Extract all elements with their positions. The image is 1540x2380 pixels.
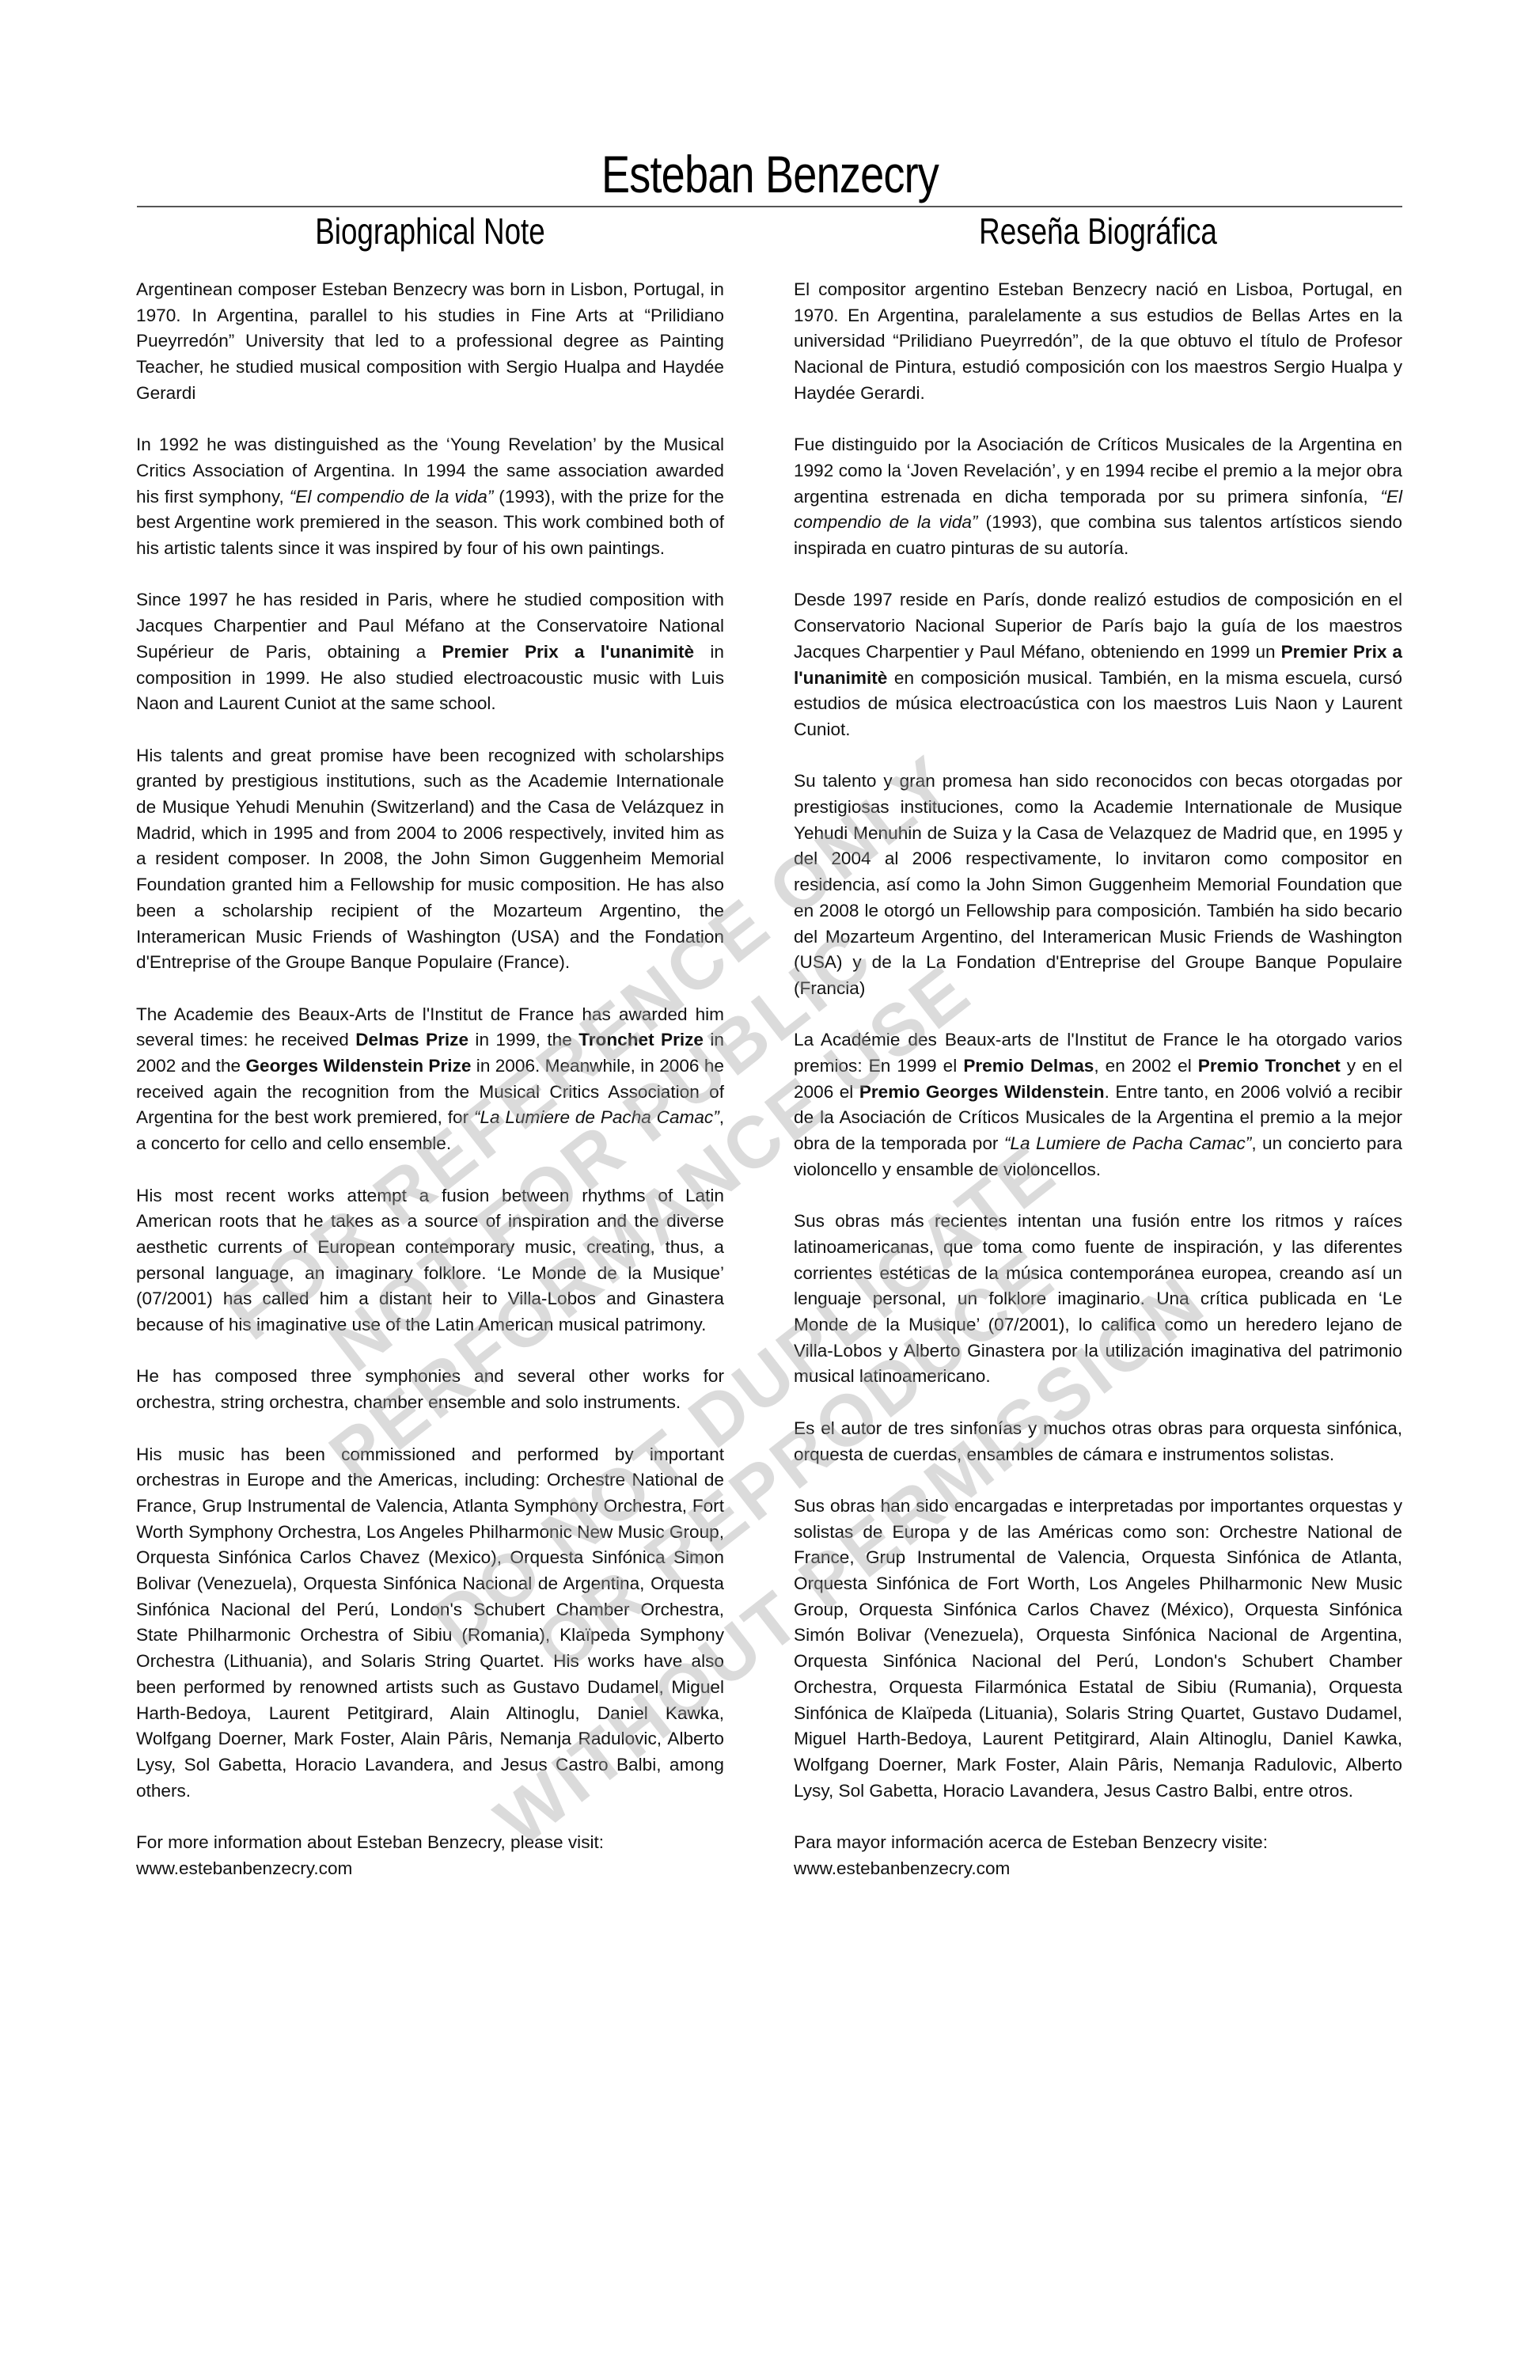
bold-text: Premio Georges Wildenstein [859, 1082, 1105, 1102]
italic-title: “La Lumiere de Pacha Camac” [474, 1107, 719, 1127]
spanish-website-link[interactable]: www.estebanbenzecry.com [794, 1858, 1010, 1878]
english-footer: For more information about Esteban Benze… [136, 1830, 724, 1881]
spanish-biography-column: El compositor argentino Esteban Benzecry… [794, 277, 1402, 1907]
document-title: Esteban Benzecry [138, 142, 1402, 206]
paragraph-text: Es el autor de tres sinfonías y muchos o… [794, 1418, 1402, 1464]
bold-text: Premio Tronchet [1198, 1056, 1341, 1076]
paragraph-text: in 1999, the [468, 1030, 578, 1050]
bold-text: Premio Delmas [963, 1056, 1094, 1076]
english-paragraph: The Academie des Beaux-Arts de l'Institu… [136, 1002, 724, 1157]
english-paragraph: His music has been commissioned and perf… [136, 1442, 724, 1805]
bold-text: Georges Wildenstein Prize [245, 1056, 471, 1076]
paragraph-text: Argentinean composer Esteban Benzecry wa… [136, 279, 724, 403]
spanish-paragraph: Su talento y gran promesa han sido recon… [794, 769, 1402, 1001]
english-paragraph: In 1992 he was distinguished as the ‘You… [136, 432, 724, 562]
english-paragraph: Argentinean composer Esteban Benzecry wa… [136, 277, 724, 407]
english-footer-text: For more information about Esteban Benze… [136, 1832, 604, 1852]
bold-text: Premier Prix a l'unanimitè [442, 642, 695, 662]
paragraph-text: El compositor argentino Esteban Benzecry… [794, 279, 1402, 403]
spanish-footer-text: Para mayor información acerca de Esteban… [794, 1832, 1268, 1852]
bold-text: Delmas Prize [355, 1030, 468, 1050]
paragraph-text: Sus obras han sido encargadas e interpre… [794, 1496, 1402, 1801]
english-biography-column: Argentinean composer Esteban Benzecry wa… [136, 277, 724, 1907]
spanish-paragraph: Desde 1997 reside en París, donde realiz… [794, 587, 1402, 742]
spanish-paragraph: Fue distinguido por la Asociación de Crí… [794, 432, 1402, 562]
english-paragraph: His most recent works attempt a fusion b… [136, 1183, 724, 1338]
italic-title: “La Lumiere de Pacha Camac” [1004, 1133, 1251, 1153]
paragraph-text: His music has been commissioned and perf… [136, 1444, 724, 1801]
english-column-heading: Biographical Note [195, 207, 665, 255]
paragraph-text: His talents and great promise have been … [136, 746, 724, 973]
english-website-link[interactable]: www.estebanbenzecry.com [136, 1858, 352, 1878]
paragraph-text: Su talento y gran promesa han sido recon… [794, 771, 1402, 998]
bold-text: Tronchet Prize [578, 1030, 704, 1050]
paragraph-text: Sus obras más recientes intentan una fus… [794, 1211, 1402, 1386]
spanish-paragraph: Sus obras han sido encargadas e interpre… [794, 1494, 1402, 1804]
english-paragraphs: Argentinean composer Esteban Benzecry wa… [136, 277, 724, 1804]
paragraph-text: His most recent works attempt a fusion b… [136, 1186, 724, 1335]
spanish-paragraph: Sus obras más recientes intentan una fus… [794, 1209, 1402, 1390]
paragraph-text: Fue distinguido por la Asociación de Crí… [794, 435, 1402, 506]
english-paragraph: His talents and great promise have been … [136, 743, 724, 976]
spanish-paragraph: La Académie des Beaux-arts de l'Institut… [794, 1027, 1402, 1182]
paragraph-text: He has composed three symphonies and sev… [136, 1366, 724, 1412]
english-paragraph: Since 1997 he has resided in Paris, wher… [136, 587, 724, 717]
spanish-paragraph: Es el autor de tres sinfonías y muchos o… [794, 1416, 1402, 1467]
italic-title: “El compendio de la vida” [290, 487, 494, 507]
spanish-footer: Para mayor información acerca de Esteban… [794, 1830, 1402, 1881]
spanish-column-heading: Reseña Biográfica [855, 207, 1341, 255]
document-page: Esteban Benzecry Biographical Note Reseñ… [0, 0, 1540, 2380]
spanish-paragraph: El compositor argentino Esteban Benzecry… [794, 277, 1402, 407]
spanish-paragraphs: El compositor argentino Esteban Benzecry… [794, 277, 1402, 1804]
paragraph-text: , en 2002 el [1094, 1056, 1197, 1076]
english-paragraph: He has composed three symphonies and sev… [136, 1364, 724, 1415]
